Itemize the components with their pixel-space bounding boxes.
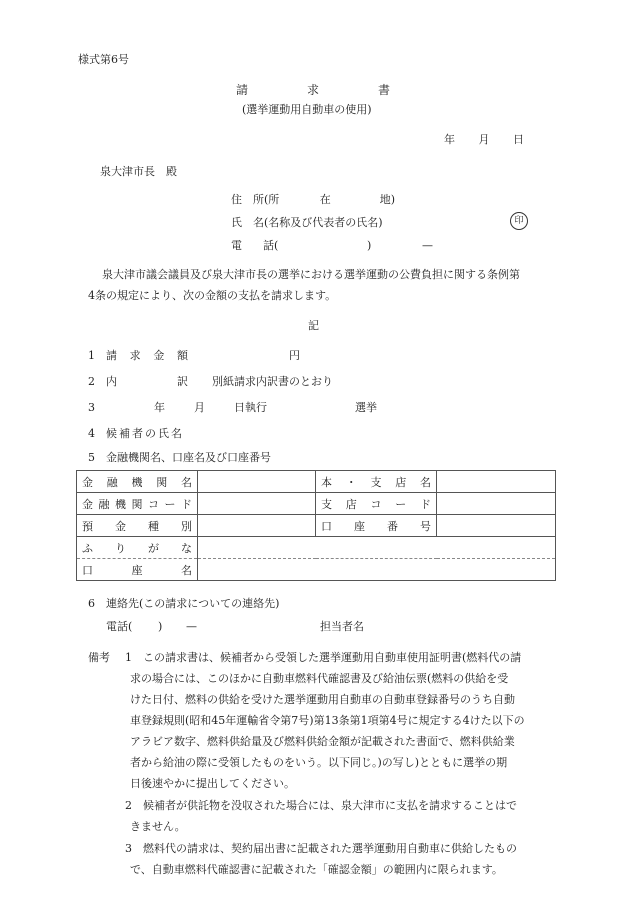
label-part: 所(所 xyxy=(253,194,320,205)
seal-mark: 印 xyxy=(510,212,528,230)
note-1-line: この請求書は、候補者から受領した選挙運動用自動車使用証明書(燃料代の請 xyxy=(143,647,521,668)
item-3: 3年月日執行選挙 xyxy=(88,402,377,413)
form-number: 様式第6号 xyxy=(78,54,129,65)
label-part: 地) xyxy=(380,194,395,205)
label-part: — xyxy=(186,621,320,632)
note-3-line: 燃料代の請求は、契約届出書に記載された選挙運動用自動車に供給したもの xyxy=(143,838,517,859)
note-1-line: 車登録規則(昭和45年運輸省令第7号)第13条第1項第4号に規定する4けた以下の xyxy=(130,710,525,731)
election-day: 日執行 xyxy=(234,402,355,413)
note-1-line: けた日付、燃料の供給を受けた選挙運動用自動車の自動車登録番号のうち自動 xyxy=(130,689,515,710)
item-number: 4 xyxy=(88,428,106,439)
table-row: 金融機関名 本・支店名 xyxy=(77,471,556,493)
bank-code-label: 金融機関コード xyxy=(77,493,198,515)
phone-label: 電話()— xyxy=(231,240,433,251)
note-3-line: で、自動車燃料代確認書に記載された「確認金額」の範囲内に限られます。 xyxy=(130,859,503,880)
label-part: 在 xyxy=(320,194,380,205)
note-number: 3 xyxy=(125,843,132,854)
item-number: 2 xyxy=(88,376,106,387)
contact-label: 連絡先(この請求についての連絡先) xyxy=(106,597,279,610)
deposit-type-label: 預金種別 xyxy=(77,515,198,537)
notes-heading: 備考 xyxy=(88,652,110,663)
title-char: 書 xyxy=(378,84,390,96)
table-row: 口座名 xyxy=(77,559,556,581)
contact-person-label: 担当者名 xyxy=(320,620,364,633)
label-part: 内 xyxy=(106,376,117,387)
item-value: 別紙請求内訳書のとおり xyxy=(212,376,333,387)
label-part: 請 xyxy=(106,350,117,361)
label-part: 名(名称及び代表者の氏名) xyxy=(253,216,383,229)
bank-account-table: 金融機関名 本・支店名 金融機関コード 支店コード 預金種別 口座番号 ふりがな… xyxy=(76,470,556,581)
label-part: 金 xyxy=(153,350,164,361)
addressee: 泉大津市長 殿 xyxy=(100,166,177,177)
note-1-line: アラビア数字、燃料供給量及び燃料供給金額が記載された書面で、燃料供給業 xyxy=(130,731,515,752)
item-number: 3 xyxy=(88,402,154,413)
ki-heading: 記 xyxy=(308,320,319,331)
account-number-field[interactable] xyxy=(437,515,556,537)
label-part: 電話( xyxy=(106,621,158,632)
intro-line-1: 泉大津市議会議員及び泉大津市長の選挙における選挙運動の公費負担に関する条例第 xyxy=(102,264,520,285)
election-name: 選挙 xyxy=(355,401,377,414)
branch-name-field[interactable] xyxy=(437,471,556,493)
label-part: 電 xyxy=(231,240,263,251)
item-label: 請求金額 xyxy=(106,350,188,361)
label-part: 氏 xyxy=(231,217,253,228)
account-name-field[interactable] xyxy=(198,559,556,581)
document-title: 請 求 書 xyxy=(236,84,390,96)
deposit-type-field[interactable] xyxy=(198,515,316,537)
branch-name-label: 本・支店名 xyxy=(316,471,437,493)
label-part: ) xyxy=(367,240,422,251)
item-6: 6連絡先(この請求についての連絡先) xyxy=(88,598,279,609)
item-2: 2内訳別紙請求内訳書のとおり xyxy=(88,376,333,387)
item-number: 1 xyxy=(88,350,106,361)
date-field: 年 月 日 xyxy=(444,134,524,145)
label-part: 求 xyxy=(130,350,141,361)
item-number: 5 xyxy=(88,452,106,463)
bank-name-label: 金融機関名 xyxy=(77,471,198,493)
title-char: 請 xyxy=(236,84,248,96)
date-year: 年 xyxy=(444,134,455,145)
branch-code-label: 支店コード xyxy=(316,493,437,515)
item-1: 1請求金額円 xyxy=(88,350,300,361)
account-name-label: 口座名 xyxy=(77,559,198,581)
table-row: 金融機関コード 支店コード xyxy=(77,493,556,515)
bank-code-field[interactable] xyxy=(198,493,316,515)
furigana-field[interactable] xyxy=(198,537,556,559)
name-label: 氏名(名称及び代表者の氏名) xyxy=(231,217,383,228)
note-number: 2 xyxy=(125,800,132,811)
note-1-line: 求の場合には、このほかに自動車燃料代確認書及び給油伝票(燃料の供給を受 xyxy=(130,668,508,689)
note-1-line: 日後速やかに提出してください。 xyxy=(130,773,295,794)
label-part: 訳 xyxy=(177,376,188,387)
table-row: ふりがな xyxy=(77,537,556,559)
account-number-label: 口座番号 xyxy=(316,515,437,537)
label-part: 話( xyxy=(263,240,367,251)
label-part: 住 xyxy=(231,194,253,205)
label-part: 額 xyxy=(177,350,188,361)
intro-line-2: 4条の規定により、次の金額の支払を請求します。 xyxy=(88,285,336,306)
title-char: 求 xyxy=(307,84,319,96)
table-row: 預金種別 口座番号 xyxy=(77,515,556,537)
note-number: 1 xyxy=(125,652,132,663)
item-value: 円 xyxy=(289,350,300,361)
note-1-line: 者から給油の際に受領したものをいう。以下同じ。)の写し)とともに選挙の期 xyxy=(130,752,507,773)
note-2-line: 候補者が供託物を没収された場合には、泉大津市に支払を請求することはで xyxy=(143,795,517,816)
label-part: ) xyxy=(158,621,186,632)
item-label: 金融機関名、口座名及び口座番号 xyxy=(106,451,271,464)
address-label: 住 所(所 在 地) xyxy=(231,194,395,205)
branch-code-field[interactable] xyxy=(437,493,556,515)
note-2-line: きません。 xyxy=(130,816,186,837)
item-5: 5金融機関名、口座名及び口座番号 xyxy=(88,452,271,463)
item-4: 4候補者の氏名 xyxy=(88,428,184,439)
contact-phone: 電話()—担当者名 xyxy=(106,621,364,632)
item-number: 6 xyxy=(88,598,106,609)
item-label: 内訳 xyxy=(106,376,188,387)
item-label: 候補者の氏名 xyxy=(106,427,184,440)
date-day: 日 xyxy=(513,134,524,145)
furigana-label: ふりがな xyxy=(77,537,198,559)
date-month: 月 xyxy=(479,134,490,145)
election-month: 月 xyxy=(194,402,234,413)
label-part: — xyxy=(422,239,433,252)
document-subtitle: (選挙運動用自動車の使用) xyxy=(242,104,372,115)
election-year: 年 xyxy=(154,402,194,413)
bank-name-field[interactable] xyxy=(198,471,316,493)
